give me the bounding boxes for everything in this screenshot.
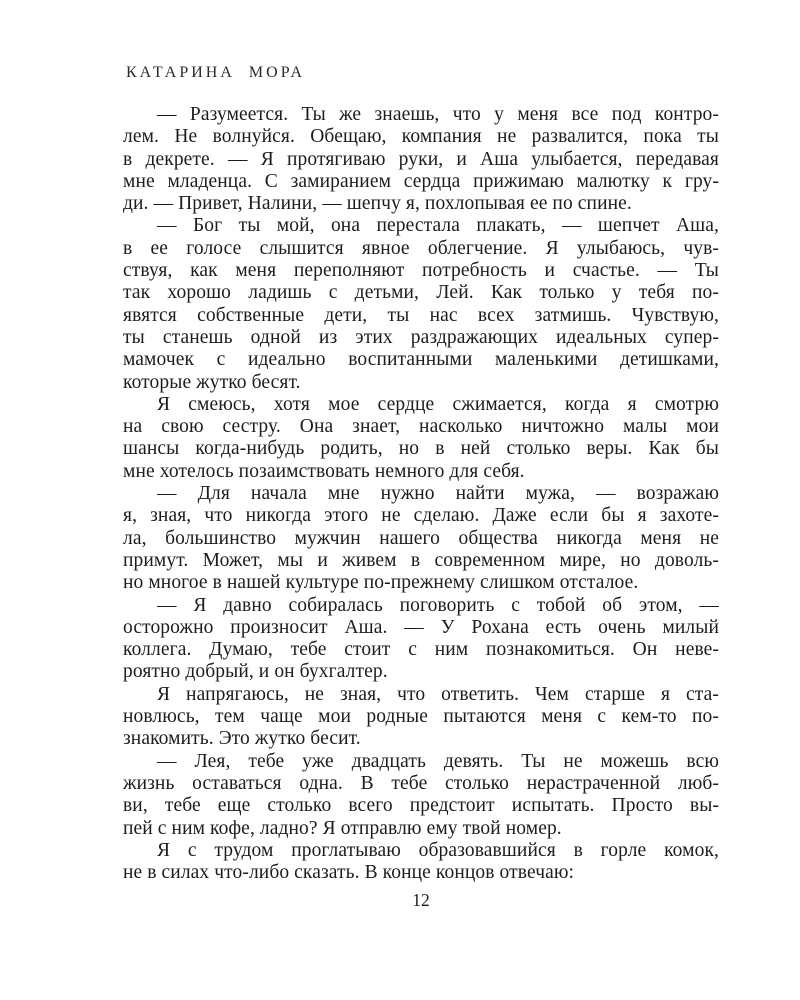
- text-line-p5-l4: роятно добрый, и он бухгалтер.: [123, 661, 719, 683]
- text-line-p4-l1: — Для начала мне нужно найти мужа, — воз…: [123, 483, 719, 505]
- text-line-p7-l3: ви, тебе еще столько всего предстоит исп…: [123, 795, 719, 817]
- text-line-p1-l4: мне младенца. С замиранием сердца прижим…: [123, 171, 719, 193]
- text-line-p4-l4: примут. Может, мы и живем в современном …: [123, 550, 719, 572]
- running-header-author: КАТАРИНА МОРА: [126, 64, 305, 82]
- text-line-p7-l2: жизнь оставаться одна. В тебе столько не…: [123, 773, 719, 795]
- text-line-p5-l2: осторожно произносит Аша. — У Рохана ест…: [123, 617, 719, 639]
- text-line-p6-l2: новлюсь, тем чаще мои родные пытаются ме…: [123, 706, 719, 728]
- text-line-p4-l5: но многое в нашей культуре по-прежнему с…: [123, 572, 719, 594]
- text-line-p4-l3: ла, большинство мужчин нашего общества н…: [123, 528, 719, 550]
- text-line-p2-l1: — Бог ты мой, она перестала плакать, — ш…: [123, 215, 719, 237]
- text-line-p2-l3: ствуя, как меня переполняют потребность …: [123, 260, 719, 282]
- page-number: 12: [123, 890, 719, 911]
- text-line-p1-l1: — Разумеется. Ты же знаешь, что у меня в…: [123, 104, 719, 126]
- text-line-p6-l3: знакомить. Это жутко бесит.: [123, 728, 719, 750]
- text-line-p5-l1: — Я давно собиралась поговорить с тобой …: [123, 595, 719, 617]
- text-line-p8-l1: Я с трудом проглатываю образовавшийся в …: [123, 840, 719, 862]
- text-line-p8-l2: не в силах что-либо сказать. В конце кон…: [123, 862, 719, 884]
- text-line-p1-l5: ди. — Привет, Налини, — шепчу я, похлопы…: [123, 193, 719, 215]
- text-line-p2-l8: которые жутко бесят.: [123, 372, 719, 394]
- text-line-p7-l4: пей с ним кофе, ладно? Я отправлю ему тв…: [123, 818, 719, 840]
- text-line-p4-l2: я, зная, что никогда этого не сделаю. Да…: [123, 505, 719, 527]
- text-line-p5-l3: коллега. Думаю, тебе стоит с ним познако…: [123, 639, 719, 661]
- text-line-p2-l7: мамочек с идеально воспитанными маленьки…: [123, 349, 719, 371]
- text-line-p7-l1: — Лея, тебе уже двадцать девять. Ты не м…: [123, 751, 719, 773]
- book-page: КАТАРИНА МОРА — Разумеется. Ты же знаешь…: [0, 0, 800, 1000]
- text-line-p2-l5: явятся собственные дети, ты нас всех зат…: [123, 305, 719, 327]
- text-line-p2-l4: так хорошо ладишь с детьми, Лей. Как тол…: [123, 282, 719, 304]
- text-line-p6-l1: Я напрягаюсь, не зная, что ответить. Чем…: [123, 684, 719, 706]
- body-text-block: — Разумеется. Ты же знаешь, что у меня в…: [123, 104, 719, 884]
- text-line-p2-l6: ты станешь одной из этих раздражающих ид…: [123, 327, 719, 349]
- text-line-p2-l2: в ее голосе слышится явное облегчение. Я…: [123, 238, 719, 260]
- text-line-p1-l3: в декрете. — Я протягиваю руки, и Аша ул…: [123, 149, 719, 171]
- text-line-p3-l4: мне хотелось позаимствовать немного для …: [123, 461, 719, 483]
- text-line-p3-l1: Я смеюсь, хотя мое сердце сжимается, ког…: [123, 394, 719, 416]
- text-line-p3-l2: на свою сестру. Она знает, насколько нич…: [123, 416, 719, 438]
- text-line-p3-l3: шансы когда-нибудь родить, но в ней стол…: [123, 438, 719, 460]
- text-line-p1-l2: лем. Не волнуйся. Обещаю, компания не ра…: [123, 126, 719, 148]
